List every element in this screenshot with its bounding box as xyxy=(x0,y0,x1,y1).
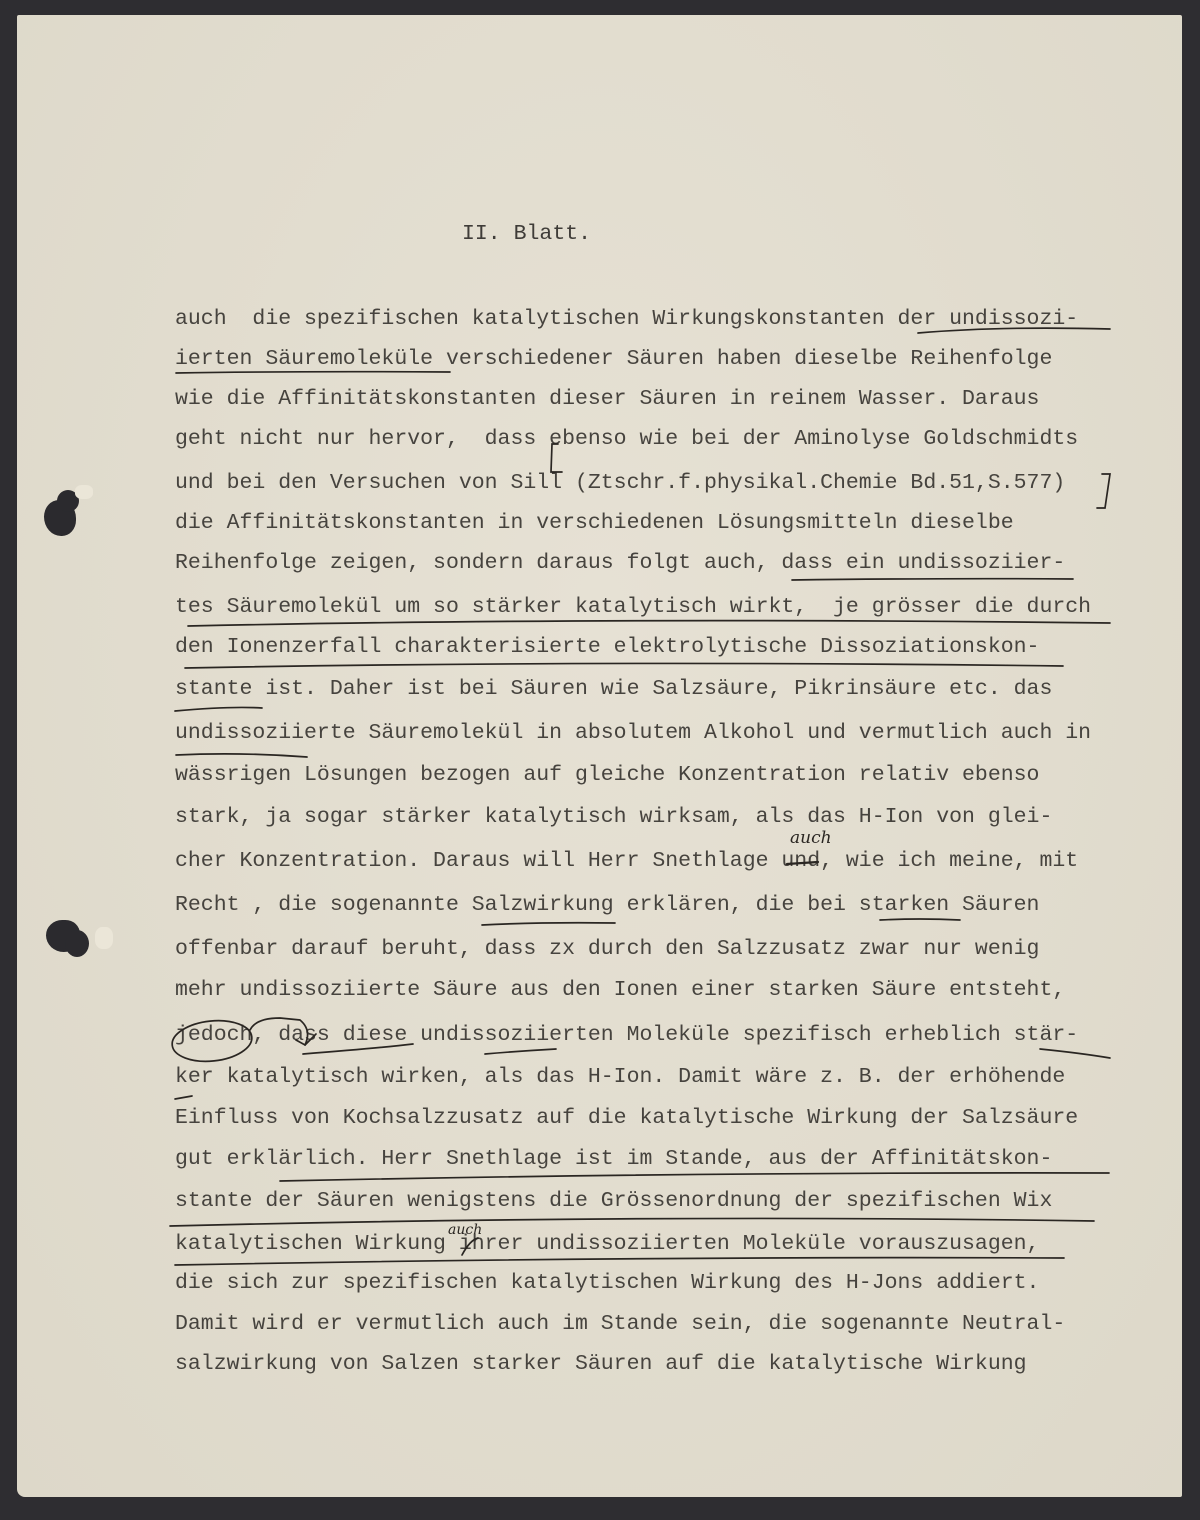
pen-markings xyxy=(0,0,1200,1520)
